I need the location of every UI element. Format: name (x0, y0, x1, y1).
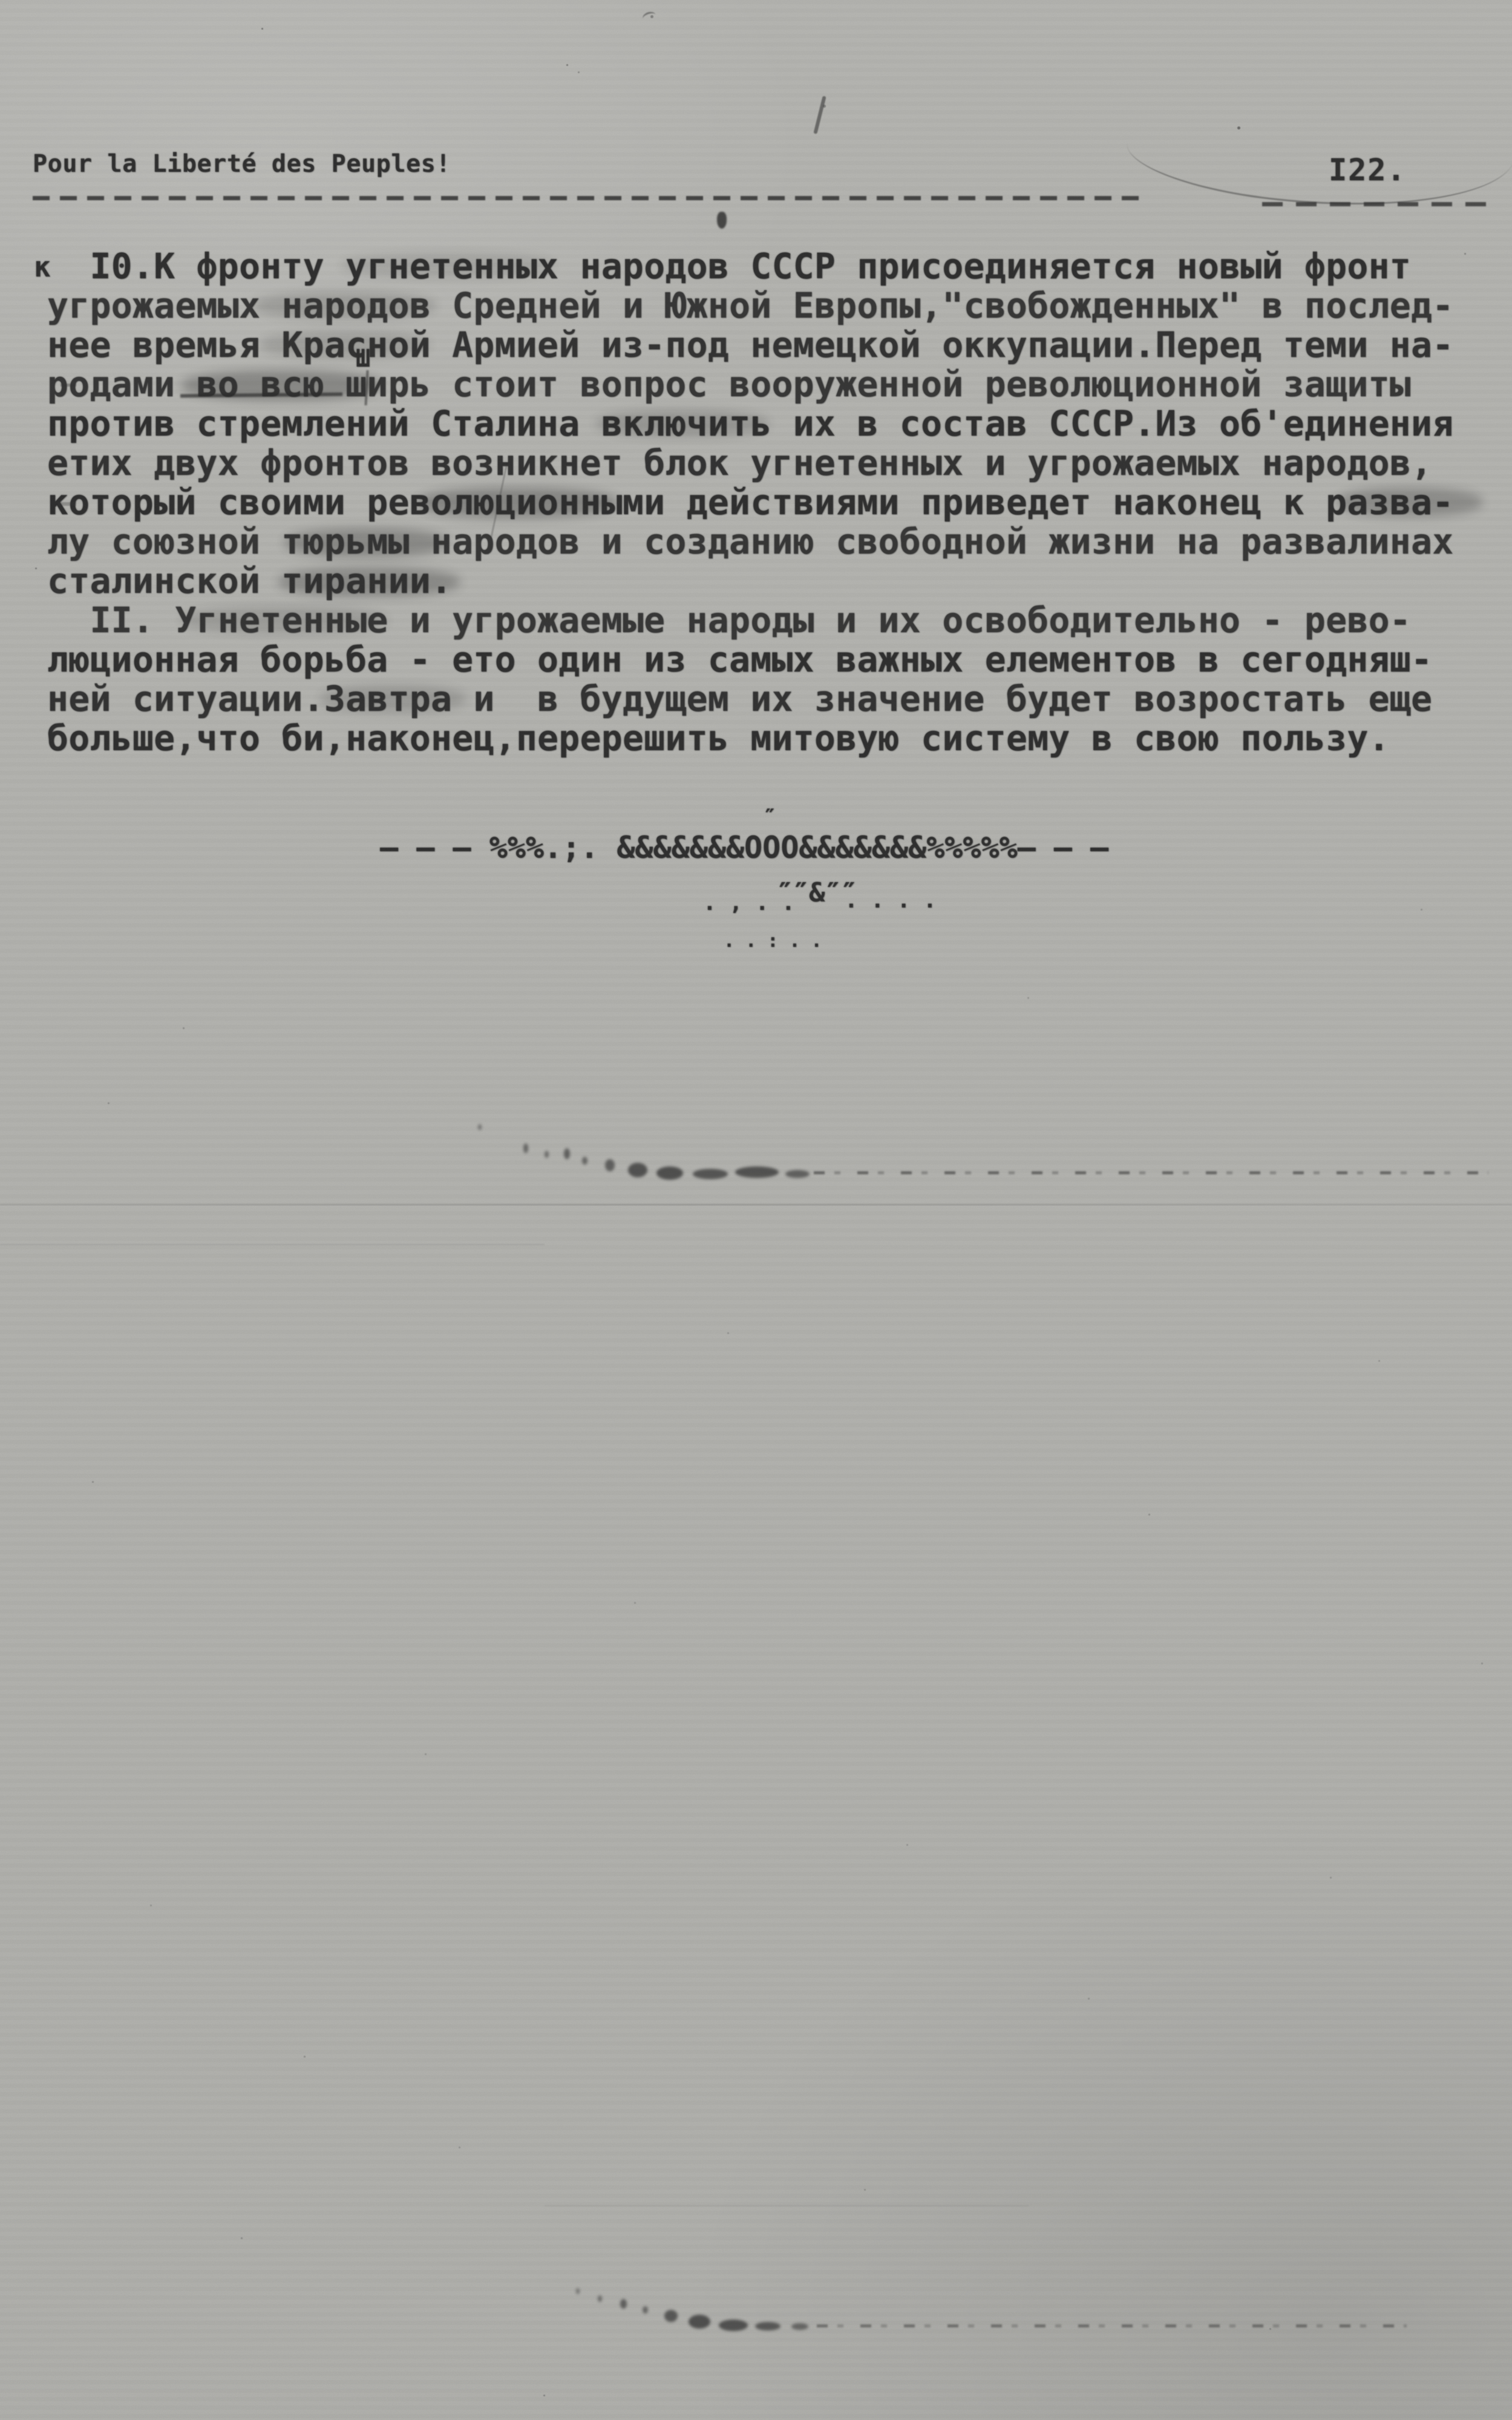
overtype-smudge-heavy (278, 567, 460, 597)
overtype-smudge (1337, 488, 1482, 517)
scanned-document-page: Pour la Liberté des Peuples! I22. к I0.К… (0, 0, 1512, 2420)
ink-blob (785, 1170, 810, 1178)
text-line-11: люционная борьба - ето один из самых важ… (47, 640, 1432, 679)
ink-blob (605, 1159, 615, 1171)
overtype-smudge (342, 253, 554, 278)
ink-blob (582, 1157, 587, 1165)
ink-layer: Pour la Liberté des Peuples! I22. к I0.К… (0, 0, 1512, 2420)
ink-blot (717, 212, 727, 229)
ink-blob (719, 2320, 748, 2331)
ink-blob (791, 2323, 808, 2330)
ink-trail-dashes (817, 2324, 1407, 2327)
scratch-mark (813, 96, 826, 134)
divider-row-2-right: . . . . (845, 888, 937, 913)
dashed-underline (33, 196, 1139, 200)
ink-blob (689, 2315, 710, 2329)
overtype-smudge (254, 292, 436, 319)
ink-blob (598, 2295, 602, 2302)
text-line-3: нее времья Красной Армией из-под немецко… (47, 325, 1453, 365)
text-line-8: лу союзной тюрьмы народов и созданию сво… (47, 522, 1453, 561)
divider-row-3: . . : . . (724, 930, 822, 952)
overtype-smudge (321, 685, 466, 712)
document-motto: Pour la Liberté des Peuples! (33, 150, 451, 178)
fold-crease (0, 1204, 1512, 1206)
overtype-smudge-heavy (284, 528, 448, 557)
ink-blob (545, 1151, 549, 1158)
margin-tick (61, 384, 76, 387)
overtype-smudge-heavy (182, 370, 381, 401)
stray-mark-top (641, 10, 657, 23)
ink-blob (656, 1166, 683, 1180)
fold-crease-faint (545, 2205, 1029, 2206)
ink-blob (643, 2306, 648, 2314)
overtype-smudge (260, 332, 430, 358)
ink-blob (523, 1143, 528, 1153)
ink-blob (735, 1166, 779, 1178)
dust-specks (0, 0, 2, 2)
text-line-12: ней ситуации.Завтра и в будущем их значе… (47, 679, 1432, 719)
scratch-curve-top-right (1123, 116, 1512, 224)
ink-blob (693, 1169, 728, 1179)
ink-trail-dashes (814, 1171, 1488, 1174)
ink-blob (664, 2310, 678, 2322)
fold-crease-partial (0, 1244, 545, 1245)
ink-blob (576, 2288, 580, 2294)
divider-row-1: — — — %%%.;. &&&&&&&OOO&&&&&&&%%%%%— — — (380, 830, 1108, 865)
text-line-1: I0.К фронту угнетенных народов СССР прис… (47, 247, 1411, 286)
overtype-smudge (596, 410, 768, 437)
text-line-7: который своими революционными действиями… (47, 483, 1453, 522)
ink-blob (755, 2322, 781, 2330)
text-line-13: больше,что би,наконец,перерешить митовую… (47, 719, 1390, 758)
text-line-6: етих двух фронтов возникнет блок угнетен… (47, 443, 1432, 483)
overtype-smudge-heavy (417, 488, 617, 518)
ink-blob (564, 1148, 570, 1159)
ink-blob (628, 1163, 647, 1177)
margin-tick (58, 502, 76, 506)
overtype-smudge (182, 607, 387, 633)
ink-blob (620, 2299, 627, 2309)
divider-quote-mark: ″ (764, 805, 776, 829)
ink-blob (478, 1124, 482, 1130)
